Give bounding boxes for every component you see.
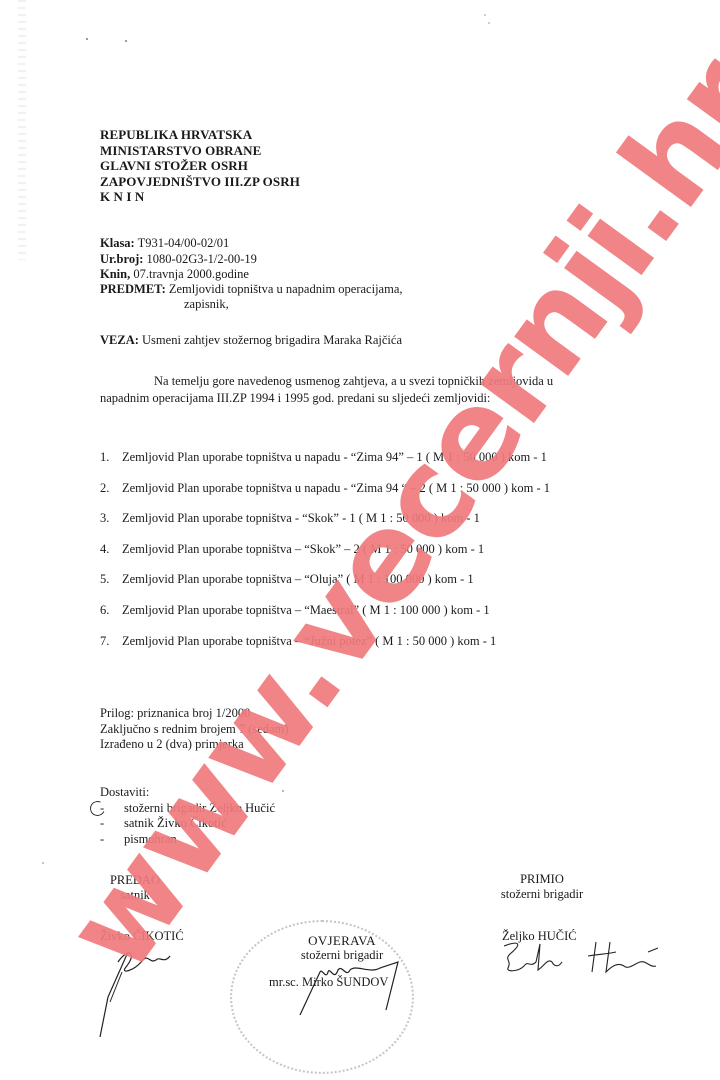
subject-line-2: zapisnik, — [100, 297, 403, 312]
list-item: 3.Zemljovid Plan uporabe topništva - “Sk… — [100, 511, 550, 542]
recipient-item: -pismohran — [100, 832, 275, 848]
list-item: 4.Zemljovid Plan uporabe topništva – “Sk… — [100, 542, 550, 573]
distribution-label: Dostaviti: — [100, 785, 275, 801]
signature-block-primio: PRIMIO stožerni brigadir — [497, 872, 587, 902]
list-item: 7.Zemljovid Plan uporabe topništva – “Ju… — [100, 634, 550, 665]
signature-rank: stožerni brigadir — [497, 887, 587, 902]
copies-line: Izrađeno u 2 (dva) primjerka — [100, 737, 289, 753]
urbroj-value: 1080-02G3-1/2-00-19 — [143, 252, 257, 266]
attachment-line: Prilog: priznanica broj 1/2000 — [100, 706, 289, 722]
subject-line-1: Zemljovidi topništva u napadnim operacij… — [166, 282, 403, 296]
closing-block: Prilog: priznanica broj 1/2000 Zaključno… — [100, 706, 289, 753]
date-line: Knin, 07.travnja 2000.godine — [100, 267, 257, 283]
reference-block: Klasa: T931-04/00-02/01 Ur.broj: 1080-02… — [100, 236, 257, 283]
scan-speck — [42, 862, 44, 864]
item-number: 5. — [100, 572, 122, 587]
scan-artifact-edge — [18, 0, 26, 260]
body-line-2: napadnim operacijama III.ZP 1994 i 1995 … — [100, 390, 700, 407]
handwritten-signature-icon — [270, 960, 420, 1020]
date-value: 07.travnja 2000.godine — [130, 267, 249, 281]
bullet-dash: - — [100, 832, 124, 848]
letterhead-line: ZAPOVJEDNIŠTVO III.ZP OSRH — [100, 174, 300, 190]
letterhead-line: MINISTARSTVO OBRANE — [100, 143, 300, 159]
item-text: Zemljovid Plan uporabe topništva u napad… — [122, 450, 547, 464]
link-value: Usmeni zahtjev stožernog brigadira Marak… — [139, 333, 402, 347]
list-item: 5.Zemljovid Plan uporabe topništva – “Ol… — [100, 572, 550, 603]
item-number: 2. — [100, 481, 122, 496]
item-number: 3. — [100, 511, 122, 526]
date-label: Knin, — [100, 267, 130, 281]
bullet-dash: - — [100, 816, 124, 832]
map-list: 1.Zemljovid Plan uporabe topništva u nap… — [100, 450, 550, 664]
scan-speck — [282, 790, 284, 792]
link-label: VEZA: — [100, 333, 139, 347]
scan-speck — [86, 38, 88, 40]
handwritten-signature-icon — [98, 942, 208, 1042]
list-item: 1.Zemljovid Plan uporabe topništva u nap… — [100, 450, 550, 481]
item-text: Zemljovid Plan uporabe topništva – “Skok… — [122, 542, 484, 556]
urbroj-label: Ur.broj: — [100, 252, 143, 266]
body-paragraph: Na temelju gore navedenog usmenog zahtje… — [100, 373, 700, 407]
distribution-block: Dostaviti: -stožerni brigadir Željko Huč… — [100, 785, 275, 847]
signature-block-ovjerava: OVJERAVA stožerni brigadir — [282, 933, 402, 963]
signature-rank: satnik — [100, 888, 170, 903]
letterhead: REPUBLIKA HRVATSKA MINISTARSTVO OBRANE G… — [100, 127, 300, 205]
signature-title: PRIMIO — [497, 872, 587, 887]
klasa-label: Klasa: — [100, 236, 135, 250]
recipient-text: pismohran — [124, 832, 177, 846]
scan-speck — [125, 40, 127, 42]
signature-title: OVJERAVA — [282, 933, 402, 948]
signature-block-predao: PREDAO satnik — [100, 873, 170, 903]
item-text: Zemljovid Plan uporabe topništva - “Skok… — [122, 511, 480, 525]
recipient-item: -stožerni brigadir Željko Hučić — [100, 801, 275, 817]
scan-speck — [484, 14, 486, 16]
item-text: Zemljovid Plan uporabe topništva – “Maes… — [122, 603, 490, 617]
item-number: 7. — [100, 634, 122, 649]
scanned-document: REPUBLIKA HRVATSKA MINISTARSTVO OBRANE G… — [0, 0, 720, 1080]
subject-block: PREDMET: Zemljovidi topništva u napadnim… — [100, 282, 403, 312]
recipient-text: stožerni brigadir Željko Hučić — [124, 801, 275, 815]
item-number: 1. — [100, 450, 122, 465]
list-item: 2.Zemljovid Plan uporabe topništva u nap… — [100, 481, 550, 512]
letterhead-line: GLAVNI STOŽER OSRH — [100, 158, 300, 174]
link-block: VEZA: Usmeni zahtjev stožernog brigadira… — [100, 333, 402, 348]
letterhead-line: REPUBLIKA HRVATSKA — [100, 127, 300, 143]
recipient-item: -satnik Živko Čikotić — [100, 816, 275, 832]
item-number: 6. — [100, 603, 122, 618]
item-text: Zemljovid Plan uporabe topništva u napad… — [122, 481, 550, 495]
conclusion-line: Zaključno s rednim brojem 7 (sedam) — [100, 722, 289, 738]
scan-speck — [488, 22, 490, 24]
signature-title: PREDAO — [100, 873, 170, 888]
letterhead-line: K N I N — [100, 189, 300, 205]
item-text: Zemljovid Plan uporabe topništva – “Oluj… — [122, 572, 474, 586]
item-text: Zemljovid Plan uporabe topništva – “Južn… — [122, 634, 496, 648]
klasa-line: Klasa: T931-04/00-02/01 — [100, 236, 257, 252]
list-item: 6.Zemljovid Plan uporabe topništva – “Ma… — [100, 603, 550, 634]
urbroj-line: Ur.broj: 1080-02G3-1/2-00-19 — [100, 252, 257, 268]
handwritten-signature-icon — [500, 938, 680, 978]
body-line-1: Na temelju gore navedenog usmenog zahtje… — [100, 373, 700, 390]
klasa-value: T931-04/00-02/01 — [135, 236, 230, 250]
subject-label: PREDMET: — [100, 282, 166, 296]
recipient-text: satnik Živko Čikotić — [124, 816, 227, 830]
item-number: 4. — [100, 542, 122, 557]
